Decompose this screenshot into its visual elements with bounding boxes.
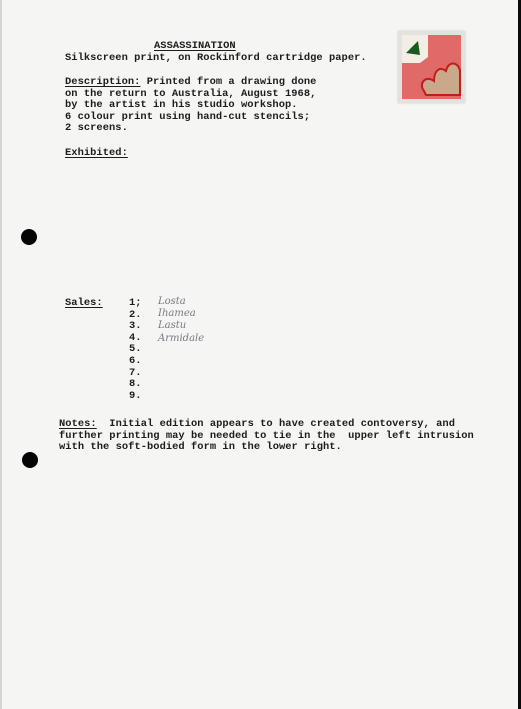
punch-hole [22,452,38,468]
sales-number: 1; [129,297,142,309]
sales-handwritten-entries: Losta Ihamea Lastu Armidale [158,296,204,345]
document-page: ASSASSINATION Silkscreen print, on Rocki… [0,0,518,709]
sales-entry: Armidale [158,333,204,344]
sales-number: 3. [129,320,142,332]
artwork-medium: Silkscreen print, on Rockinford cartridg… [65,53,367,65]
description-label: Description: [65,76,140,88]
sales-number: 9. [129,390,142,402]
sales-entry: Ihamea [158,308,196,319]
sales-number: 7. [129,367,142,379]
sales-number: 2. [129,309,142,321]
notes-line: further printing may be needed to tie in… [59,430,474,442]
sales-number: 4. [129,332,142,344]
description-line: Printed from a drawing done [140,76,316,88]
sales-label: Sales: [65,298,103,310]
sales-number: 5. [129,343,142,355]
notes-line: with the soft-bodied form in the lower r… [59,441,342,453]
sales-number: 8. [129,378,142,390]
description-line: 2 screens. [65,122,128,134]
sales-entry: Losta [158,296,186,307]
notes-line: Initial edition appears to have created … [97,418,455,430]
scan-left-edge [0,0,2,709]
description-line: on the return to Australia, August 1968, [65,88,316,100]
sales-entry: Lastu [158,320,186,331]
description-block: Description: Printed from a drawing done… [65,77,316,135]
artwork-image [398,31,465,103]
sales-number: 6. [129,355,142,367]
punch-hole [21,229,37,245]
artwork-title: ASSASSINATION [154,41,236,53]
notes-block: Notes: Initial edition appears to have c… [59,419,474,454]
exhibited-label: Exhibited: [65,148,128,160]
artwork-thumbnail [398,31,465,103]
notes-label: Notes: [59,418,97,430]
sales-number-list: 1; 2. 3. 4. 5. 6. 7. 8. 9. [129,298,142,402]
description-line: 6 colour print using hand-cut stencils; [65,111,310,123]
description-line: by the artist in his studio workshop. [65,99,298,111]
